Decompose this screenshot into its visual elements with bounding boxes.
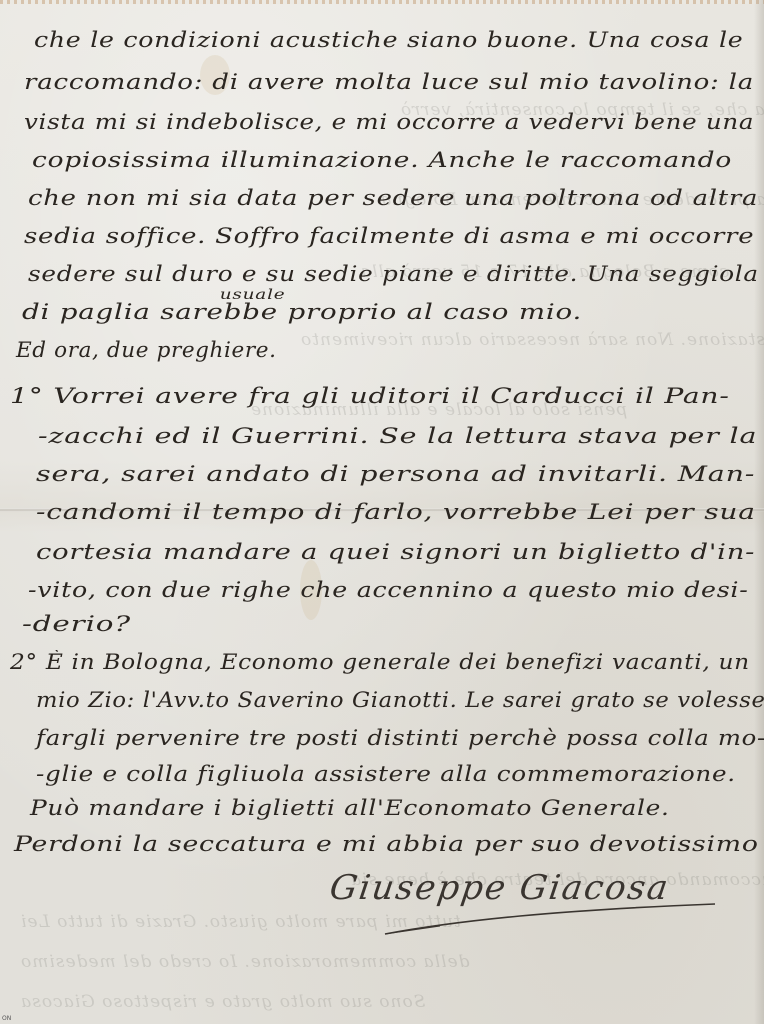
torn-top-edge [0,0,764,4]
scanned-letter-page: Mi ricorda che, se il tempo lo consentir… [0,0,764,1024]
letter-line: Ed ora, due preghiere. [16,338,277,362]
bleed-through-text: della commemorazione. Io credo del medes… [20,952,469,972]
letter-line: -derio? [22,612,131,636]
letter-line: che le condizioni acustiche siano buone.… [34,28,743,52]
letter-line: fargli pervenire tre posti distinti perc… [36,726,764,750]
letter-line-text: di paglia sarebbe proprio al caso mio. [22,300,582,324]
letter-line: -zacchi ed il Guerrini. Se la lettura st… [38,424,757,448]
letter-line: raccomando: di avere molta luce sul mio … [24,70,754,94]
bleed-through-text: Sono suo molto grato e rispettoso Giacos… [20,992,425,1012]
interlinear-insertion: usuale [220,287,286,303]
letter-line: vista mi si indebolisce, e mi occorre a … [24,110,754,134]
letter-line: che non mi sia data per sedere una poltr… [28,186,758,210]
letter-line: mio Zio: l'Avv.to Saverino Gianotti. Le … [36,688,764,712]
letter-line: sedia soffice. Soffro facilmente di asma… [24,224,754,248]
letter-line: -vito, con due righe che accennino a que… [28,578,748,602]
letter-line: sedere sul duro e su sedie piane e dirit… [28,262,759,286]
scan-corner-mark: ON [2,1015,11,1022]
letter-line-with-insert: usuale di paglia sarebbe proprio al caso… [22,300,582,324]
letter-line: -glie e colla figliuola assistere alla c… [36,762,736,786]
letter-line: Può mandare i biglietti all'Economato Ge… [30,796,670,820]
letter-line: copiosissima illuminazione. Anche le rac… [32,148,732,172]
letter-line: 1° Vorrei avere fra gli uditori il Cardu… [10,384,730,408]
letter-line: sera, sarei andato di persona ad invitar… [36,462,755,486]
signature-flourish-icon [380,900,720,940]
bleed-through-text: stazione. Non sarà necessario alcun rice… [300,330,764,350]
letter-line: 2° È in Bologna, Economo generale dei be… [10,650,750,674]
letter-line: cortesia mandare a quei signori un bigli… [36,540,755,564]
letter-line: -candomi il tempo di farlo, vorrebbe Lei… [36,500,756,524]
letter-line: Perdoni la seccatura e mi abbia per suo … [14,832,759,856]
